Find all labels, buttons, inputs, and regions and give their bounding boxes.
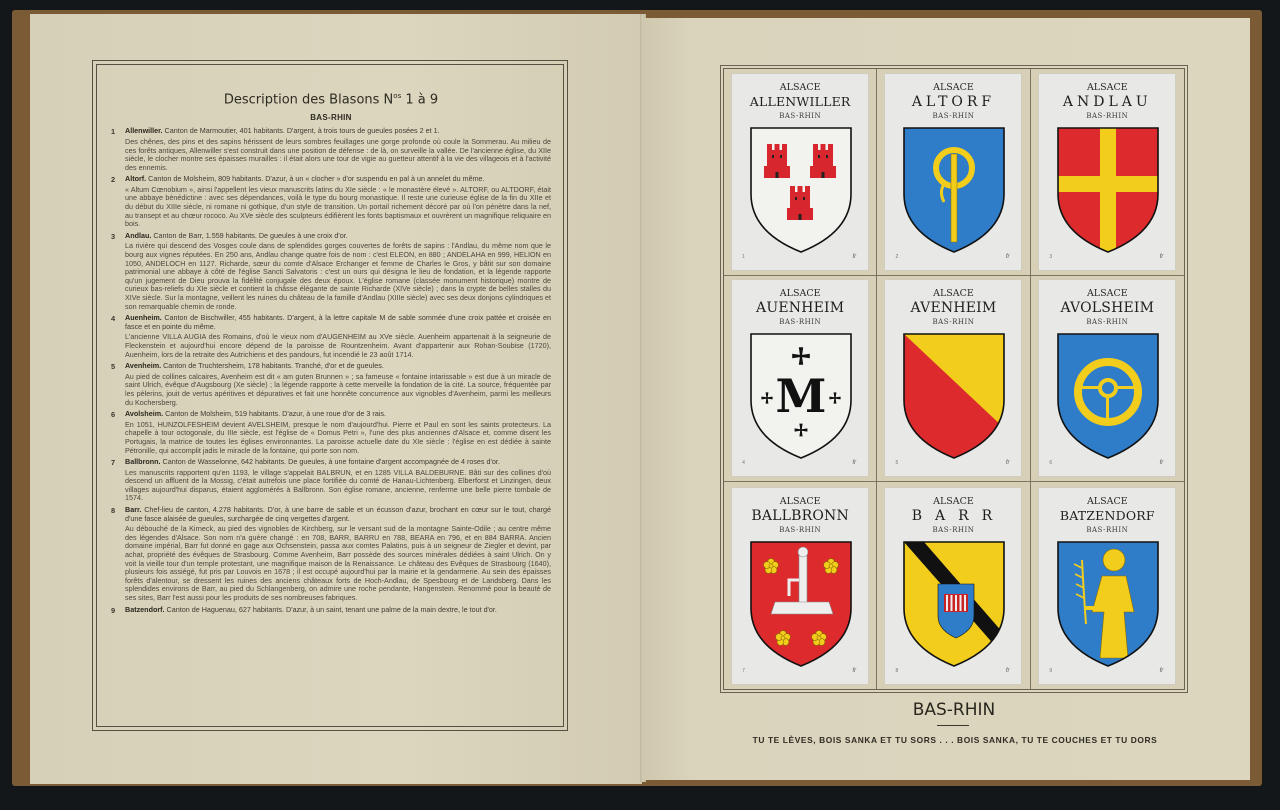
title-suffix: 1 à 9	[401, 92, 438, 107]
card-number: 7	[742, 668, 745, 674]
entry-heading: Avenheim. Canton de Truchtersheim, 178 h…	[125, 362, 551, 371]
blason-card: ALSACE AUENHEIM BAS-RHIN M 4 fr	[732, 280, 868, 476]
entry-list: 1 Allenwiller. Canton de Marmoutier, 401…	[111, 127, 551, 614]
artist-signature: fr	[1160, 254, 1164, 260]
entry-name: Ballbronn.	[125, 457, 161, 466]
region-title: BAS-RHIN	[720, 700, 1188, 720]
artist-signature: fr	[852, 460, 856, 466]
card-region: BAS-RHIN	[1039, 526, 1175, 534]
card-number: 1	[742, 254, 745, 260]
card-region: BAS-RHIN	[885, 526, 1021, 534]
card-commune-name: ALTORF	[885, 94, 1021, 110]
list-item: 5 Avenheim. Canton de Truchtersheim, 178…	[111, 362, 551, 407]
list-item: 8 Barr. Chef-lieu de canton, 4.278 habit…	[111, 506, 551, 603]
entry-body: Barr. Chef-lieu de canton, 4.278 habitan…	[125, 506, 551, 603]
blason-card: ALSACE AVENHEIM BAS-RHIN 5 fr	[885, 280, 1021, 476]
entry-heading: Barr. Chef-lieu de canton, 4.278 habitan…	[125, 506, 551, 523]
entry-blazon: Canton de Wasselonne, 642 habitants. De …	[161, 457, 500, 466]
card-label-alsace: ALSACE	[1039, 82, 1175, 93]
entry-description: En 1051, HUNZOLFESHEIM devient AVELSHEIM…	[125, 421, 551, 455]
entry-body: Altorf. Canton de Molsheim, 809 habitant…	[125, 175, 551, 229]
entry-blazon: Canton de Truchtersheim, 178 habitants. …	[161, 361, 384, 370]
entry-name: Batzendorf.	[125, 605, 165, 614]
blason-card: ALSACE ALTORF BAS-RHIN 2 fr	[885, 74, 1021, 270]
grid-cell: ALSACE BARR BAS-RHIN 8 fr	[877, 482, 1030, 689]
entry-description: Au débouché de la Kirneck, au pied des v…	[125, 525, 551, 602]
entry-body: Ballbronn. Canton de Wasselonne, 642 hab…	[125, 458, 551, 503]
entry-heading: Batzendorf. Canton de Haguenau, 627 habi…	[125, 606, 551, 615]
entry-description: Les manuscrits rapportent qu'en 1193, le…	[125, 469, 551, 503]
blason-card: ALSACE BATZENDORF BAS-RHIN 9 fr	[1039, 488, 1175, 684]
grid-cell: ALSACE ANDLAU BAS-RHIN 3 fr	[1031, 69, 1184, 276]
card-label-alsace: ALSACE	[732, 82, 868, 93]
card-commune-name: BARR	[885, 508, 1021, 524]
entry-number: 9	[111, 606, 125, 615]
card-shield	[1054, 330, 1162, 462]
grid-cell: ALSACE AUENHEIM BAS-RHIN M 4 fr	[724, 276, 877, 483]
entry-blazon: Chef-lieu de canton, 4.278 habitants. D'…	[125, 505, 551, 523]
card-shield	[747, 538, 855, 670]
entry-heading: Allenwiller. Canton de Marmoutier, 401 h…	[125, 127, 551, 136]
entry-description: L'ancienne VILLA AUGIA des Romains, d'où…	[125, 333, 551, 359]
card-label-alsace: ALSACE	[885, 496, 1021, 507]
card-number: 3	[1049, 254, 1052, 260]
page-subtitle: BAS-RHIN	[111, 113, 551, 122]
card-shield	[747, 124, 855, 256]
blason-card: ALSACE BALLBRONN BAS-RHIN 7 fr	[732, 488, 868, 684]
card-shield	[900, 538, 1008, 670]
list-item: 4 Auenheim. Canton de Bischwiller, 455 h…	[111, 314, 551, 359]
card-region: BAS-RHIN	[885, 112, 1021, 120]
entry-number: 2	[111, 175, 125, 229]
blason-card: ALSACE AVOLSHEIM BAS-RHIN 6 fr	[1039, 280, 1175, 476]
list-item: 7 Ballbronn. Canton de Wasselonne, 642 h…	[111, 458, 551, 503]
entry-name: Allenwiller.	[125, 126, 163, 135]
card-commune-name: AVOLSHEIM	[1039, 300, 1175, 316]
card-label-alsace: ALSACE	[1039, 288, 1175, 299]
card-shield	[900, 124, 1008, 256]
divider	[937, 725, 969, 726]
entry-blazon: Canton de Molsheim, 519 habitants. D'azu…	[163, 409, 386, 418]
entry-body: Avolsheim. Canton de Molsheim, 519 habit…	[125, 410, 551, 455]
card-label-alsace: ALSACE	[1039, 496, 1175, 507]
card-commune-name: ANDLAU	[1039, 94, 1175, 110]
card-number: 9	[1049, 668, 1052, 674]
card-region: BAS-RHIN	[732, 318, 868, 326]
entry-description: « Altum Cœnobium », ainsi l'appellent le…	[125, 186, 551, 229]
artist-signature: fr	[1006, 668, 1010, 674]
card-shield: M	[747, 330, 855, 462]
artist-signature: fr	[852, 254, 856, 260]
card-region: BAS-RHIN	[1039, 318, 1175, 326]
artist-signature: fr	[852, 668, 856, 674]
entry-name: Altorf.	[125, 174, 146, 183]
card-shield	[900, 330, 1008, 462]
card-label-alsace: ALSACE	[732, 288, 868, 299]
entry-number: 3	[111, 232, 125, 311]
list-item: 1 Allenwiller. Canton de Marmoutier, 401…	[111, 127, 551, 172]
grid-cell: ALSACE BALLBRONN BAS-RHIN 7 fr	[724, 482, 877, 689]
coat-of-arms-andlau-icon	[1054, 124, 1162, 256]
card-number: 2	[895, 254, 898, 260]
grid-cell: ALSACE ALTORF BAS-RHIN 2 fr	[877, 69, 1030, 276]
card-number: 4	[742, 460, 745, 466]
description-frame: Description des Blasons Nos 1 à 9 BAS-RH…	[92, 60, 568, 731]
artist-signature: fr	[1006, 254, 1010, 260]
artist-signature: fr	[1160, 460, 1164, 466]
card-label-alsace: ALSACE	[732, 496, 868, 507]
entry-heading: Ballbronn. Canton de Wasselonne, 642 hab…	[125, 458, 551, 467]
entry-body: Avenheim. Canton de Truchtersheim, 178 h…	[125, 362, 551, 407]
list-item: 3 Andlau. Canton de Barr, 1.559 habitant…	[111, 232, 551, 311]
entry-blazon: Canton de Bischwiller, 455 habitants. D'…	[125, 313, 551, 331]
entry-number: 5	[111, 362, 125, 407]
card-shield	[1054, 538, 1162, 670]
card-commune-name: ALLENWILLER	[732, 94, 868, 109]
grid-cell: ALSACE BATZENDORF BAS-RHIN 9 fr	[1031, 482, 1184, 689]
entry-blazon: Canton de Haguenau, 627 habitants. D'azu…	[165, 605, 497, 614]
coat-of-arms-avolsheim-icon	[1054, 330, 1162, 462]
blason-card: ALSACE ALLENWILLER BAS-RHIN 1 fr	[732, 74, 868, 270]
artist-signature: fr	[1160, 668, 1164, 674]
entry-body: Allenwiller. Canton de Marmoutier, 401 h…	[125, 127, 551, 172]
title-text: Description des Blasons N	[224, 92, 393, 107]
coat-of-arms-ballbronn-icon	[747, 538, 855, 670]
grid-cell: ALSACE AVENHEIM BAS-RHIN 5 fr	[877, 276, 1030, 483]
entry-name: Andlau.	[125, 231, 151, 240]
entry-number: 8	[111, 506, 125, 603]
entry-number: 1	[111, 127, 125, 172]
card-region: BAS-RHIN	[732, 112, 868, 120]
grid-cell: ALSACE AVOLSHEIM BAS-RHIN 6 fr	[1031, 276, 1184, 483]
card-commune-name: AUENHEIM	[732, 300, 868, 316]
card-label-alsace: ALSACE	[885, 82, 1021, 93]
entry-heading: Altorf. Canton de Molsheim, 809 habitant…	[125, 175, 551, 184]
coat-of-arms-auenheim-icon: M	[747, 330, 855, 462]
card-region: BAS-RHIN	[885, 318, 1021, 326]
entry-name: Avenheim.	[125, 361, 161, 370]
entry-body: Batzendorf. Canton de Haguenau, 627 habi…	[125, 606, 551, 615]
card-commune-name: BALLBRONN	[732, 508, 868, 524]
svg-text:M: M	[776, 369, 827, 423]
entry-blazon: Canton de Barr, 1.559 habitants. De gueu…	[151, 231, 347, 240]
card-commune-name: BATZENDORF	[1039, 508, 1175, 523]
coat-of-arms-batzendorf-icon	[1054, 538, 1162, 670]
card-region: BAS-RHIN	[732, 526, 868, 534]
card-number: 5	[895, 460, 898, 466]
coat-of-arms-altorf-icon	[900, 124, 1008, 256]
coat-of-arms-allenwiller-icon	[747, 124, 855, 256]
entry-name: Avolsheim.	[125, 409, 163, 418]
entry-blazon: Canton de Marmoutier, 401 habitants. D'a…	[163, 126, 440, 135]
grid-cell: ALSACE ALLENWILLER BAS-RHIN 1 fr	[724, 69, 877, 276]
blason-card: ALSACE ANDLAU BAS-RHIN 3 fr	[1039, 74, 1175, 270]
card-number: 6	[1049, 460, 1052, 466]
entry-heading: Avolsheim. Canton de Molsheim, 519 habit…	[125, 410, 551, 419]
coat-of-arms-barr-icon	[900, 538, 1008, 670]
card-label-alsace: ALSACE	[885, 288, 1021, 299]
entry-heading: Auenheim. Canton de Bischwiller, 455 hab…	[125, 314, 551, 331]
artist-signature: fr	[1006, 460, 1010, 466]
entry-blazon: Canton de Molsheim, 809 habitants. D'azu…	[146, 174, 484, 183]
list-item: 9 Batzendorf. Canton de Haguenau, 627 ha…	[111, 606, 551, 615]
coat-of-arms-avenheim-icon	[900, 330, 1008, 462]
entry-description: Au pied de collines calcaires, Avenheim …	[125, 373, 551, 407]
card-commune-name: AVENHEIM	[885, 300, 1021, 316]
blason-grid: ALSACE ALLENWILLER BAS-RHIN 1 fr ALSACE …	[723, 68, 1185, 690]
slogan: TU TE LÈVES, BOIS SANKA ET TU SORS . . .…	[700, 735, 1210, 745]
entry-body: Auenheim. Canton de Bischwiller, 455 hab…	[125, 314, 551, 359]
card-shield	[1054, 124, 1162, 256]
blason-card: ALSACE BARR BAS-RHIN 8 fr	[885, 488, 1021, 684]
card-number: 8	[895, 668, 898, 674]
entry-description: La rivière qui descend des Vosges coule …	[125, 242, 551, 311]
page-title: Description des Blasons Nos 1 à 9	[111, 92, 551, 107]
entry-number: 4	[111, 314, 125, 359]
entry-description: Des chênes, des pins et des sapins héris…	[125, 138, 551, 172]
card-region: BAS-RHIN	[1039, 112, 1175, 120]
entry-body: Andlau. Canton de Barr, 1.559 habitants.…	[125, 232, 551, 311]
blason-grid-frame: ALSACE ALLENWILLER BAS-RHIN 1 fr ALSACE …	[720, 65, 1188, 693]
list-item: 2 Altorf. Canton de Molsheim, 809 habita…	[111, 175, 551, 229]
entry-number: 6	[111, 410, 125, 455]
entry-number: 7	[111, 458, 125, 503]
list-item: 6 Avolsheim. Canton de Molsheim, 519 hab…	[111, 410, 551, 455]
entry-heading: Andlau. Canton de Barr, 1.559 habitants.…	[125, 232, 551, 241]
